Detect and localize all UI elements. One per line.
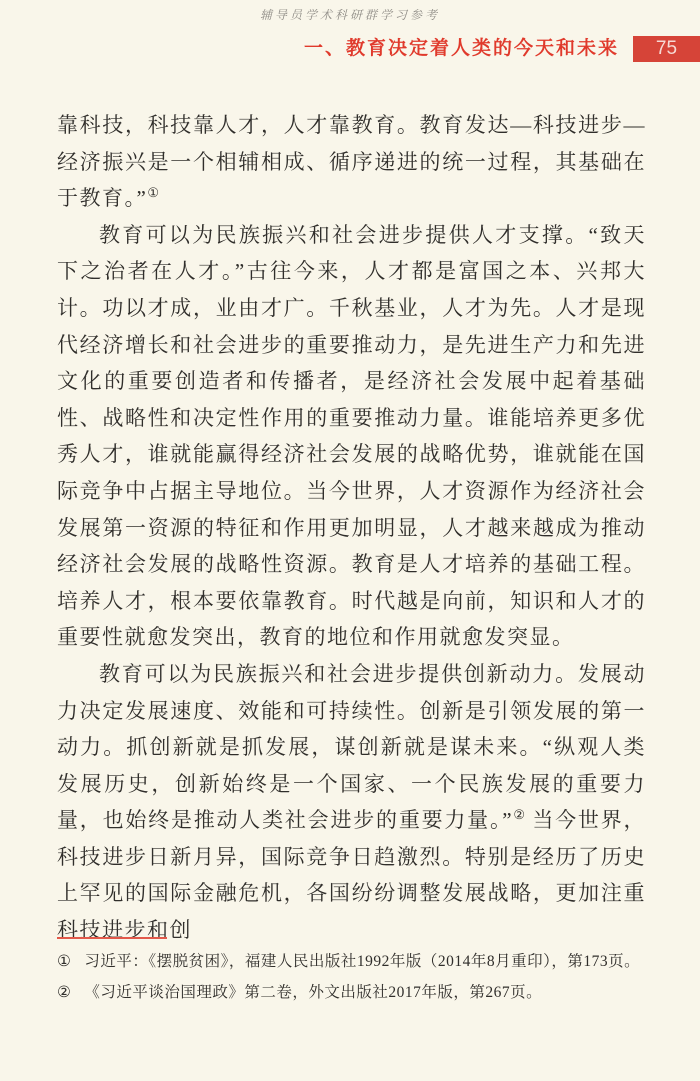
paragraph-text: 教育可以为民族振兴和社会进步提供创新动力。发展动力决定发展速度、效能和可持续性。… — [57, 662, 646, 832]
footnote-divider — [57, 937, 167, 939]
book-page: 辅导员学术科研群学习参考 一、教育决定着人类的今天和未来 75 靠科技，科技靠人… — [0, 0, 700, 1081]
footnote-reference: ② — [513, 807, 525, 822]
footnote-item: ①习近平：《摆脱贫困》，福建人民出版社1992年版（2014年8月重印），第17… — [57, 946, 649, 977]
footnote-reference: ① — [147, 185, 159, 200]
page-number-badge: 75 — [633, 36, 700, 62]
footnote-marker: ② — [57, 977, 71, 1008]
footnotes: ①习近平：《摆脱贫困》，福建人民出版社1992年版（2014年8月重印），第17… — [57, 946, 649, 1008]
footnote-item: ②《习近平谈治国理政》第二卷，外文出版社2017年版，第267页。 — [57, 977, 649, 1008]
paragraph: 教育可以为民族振兴和社会进步提供创新动力。发展动力决定发展速度、效能和可持续性。… — [57, 656, 646, 949]
paragraph-text: 靠科技，科技靠人才，人才靠教育。教育发达—科技进步—经济振兴是一个相辅相成、循序… — [57, 113, 646, 210]
paragraph: 教育可以为民族振兴和社会进步提供人才支撑。“致天下之治者在人才。”古往今来，人才… — [57, 217, 646, 656]
paragraph-text: 教育可以为民族振兴和社会进步提供人才支撑。“致天下之治者在人才。”古往今来，人才… — [57, 223, 646, 650]
paragraph: 靠科技，科技靠人才，人才靠教育。教育发达—科技进步—经济振兴是一个相辅相成、循序… — [57, 107, 646, 217]
footnote-marker: ① — [57, 946, 71, 977]
footnote-text: 《习近平谈治国理政》第二卷，外文出版社2017年版，第267页。 — [84, 977, 649, 1008]
page-header: 一、教育决定着人类的今天和未来 75 — [0, 35, 700, 62]
page-number: 75 — [656, 36, 677, 62]
footnote-text: 习近平：《摆脱贫困》，福建人民出版社1992年版（2014年8月重印），第173… — [84, 946, 649, 977]
body-paragraphs: 靠科技，科技靠人才，人才靠教育。教育发达—科技进步—经济振兴是一个相辅相成、循序… — [57, 107, 646, 949]
section-title: 一、教育决定着人类的今天和未来 — [304, 35, 619, 62]
watermark-text: 辅导员学术科研群学习参考 — [0, 6, 700, 23]
